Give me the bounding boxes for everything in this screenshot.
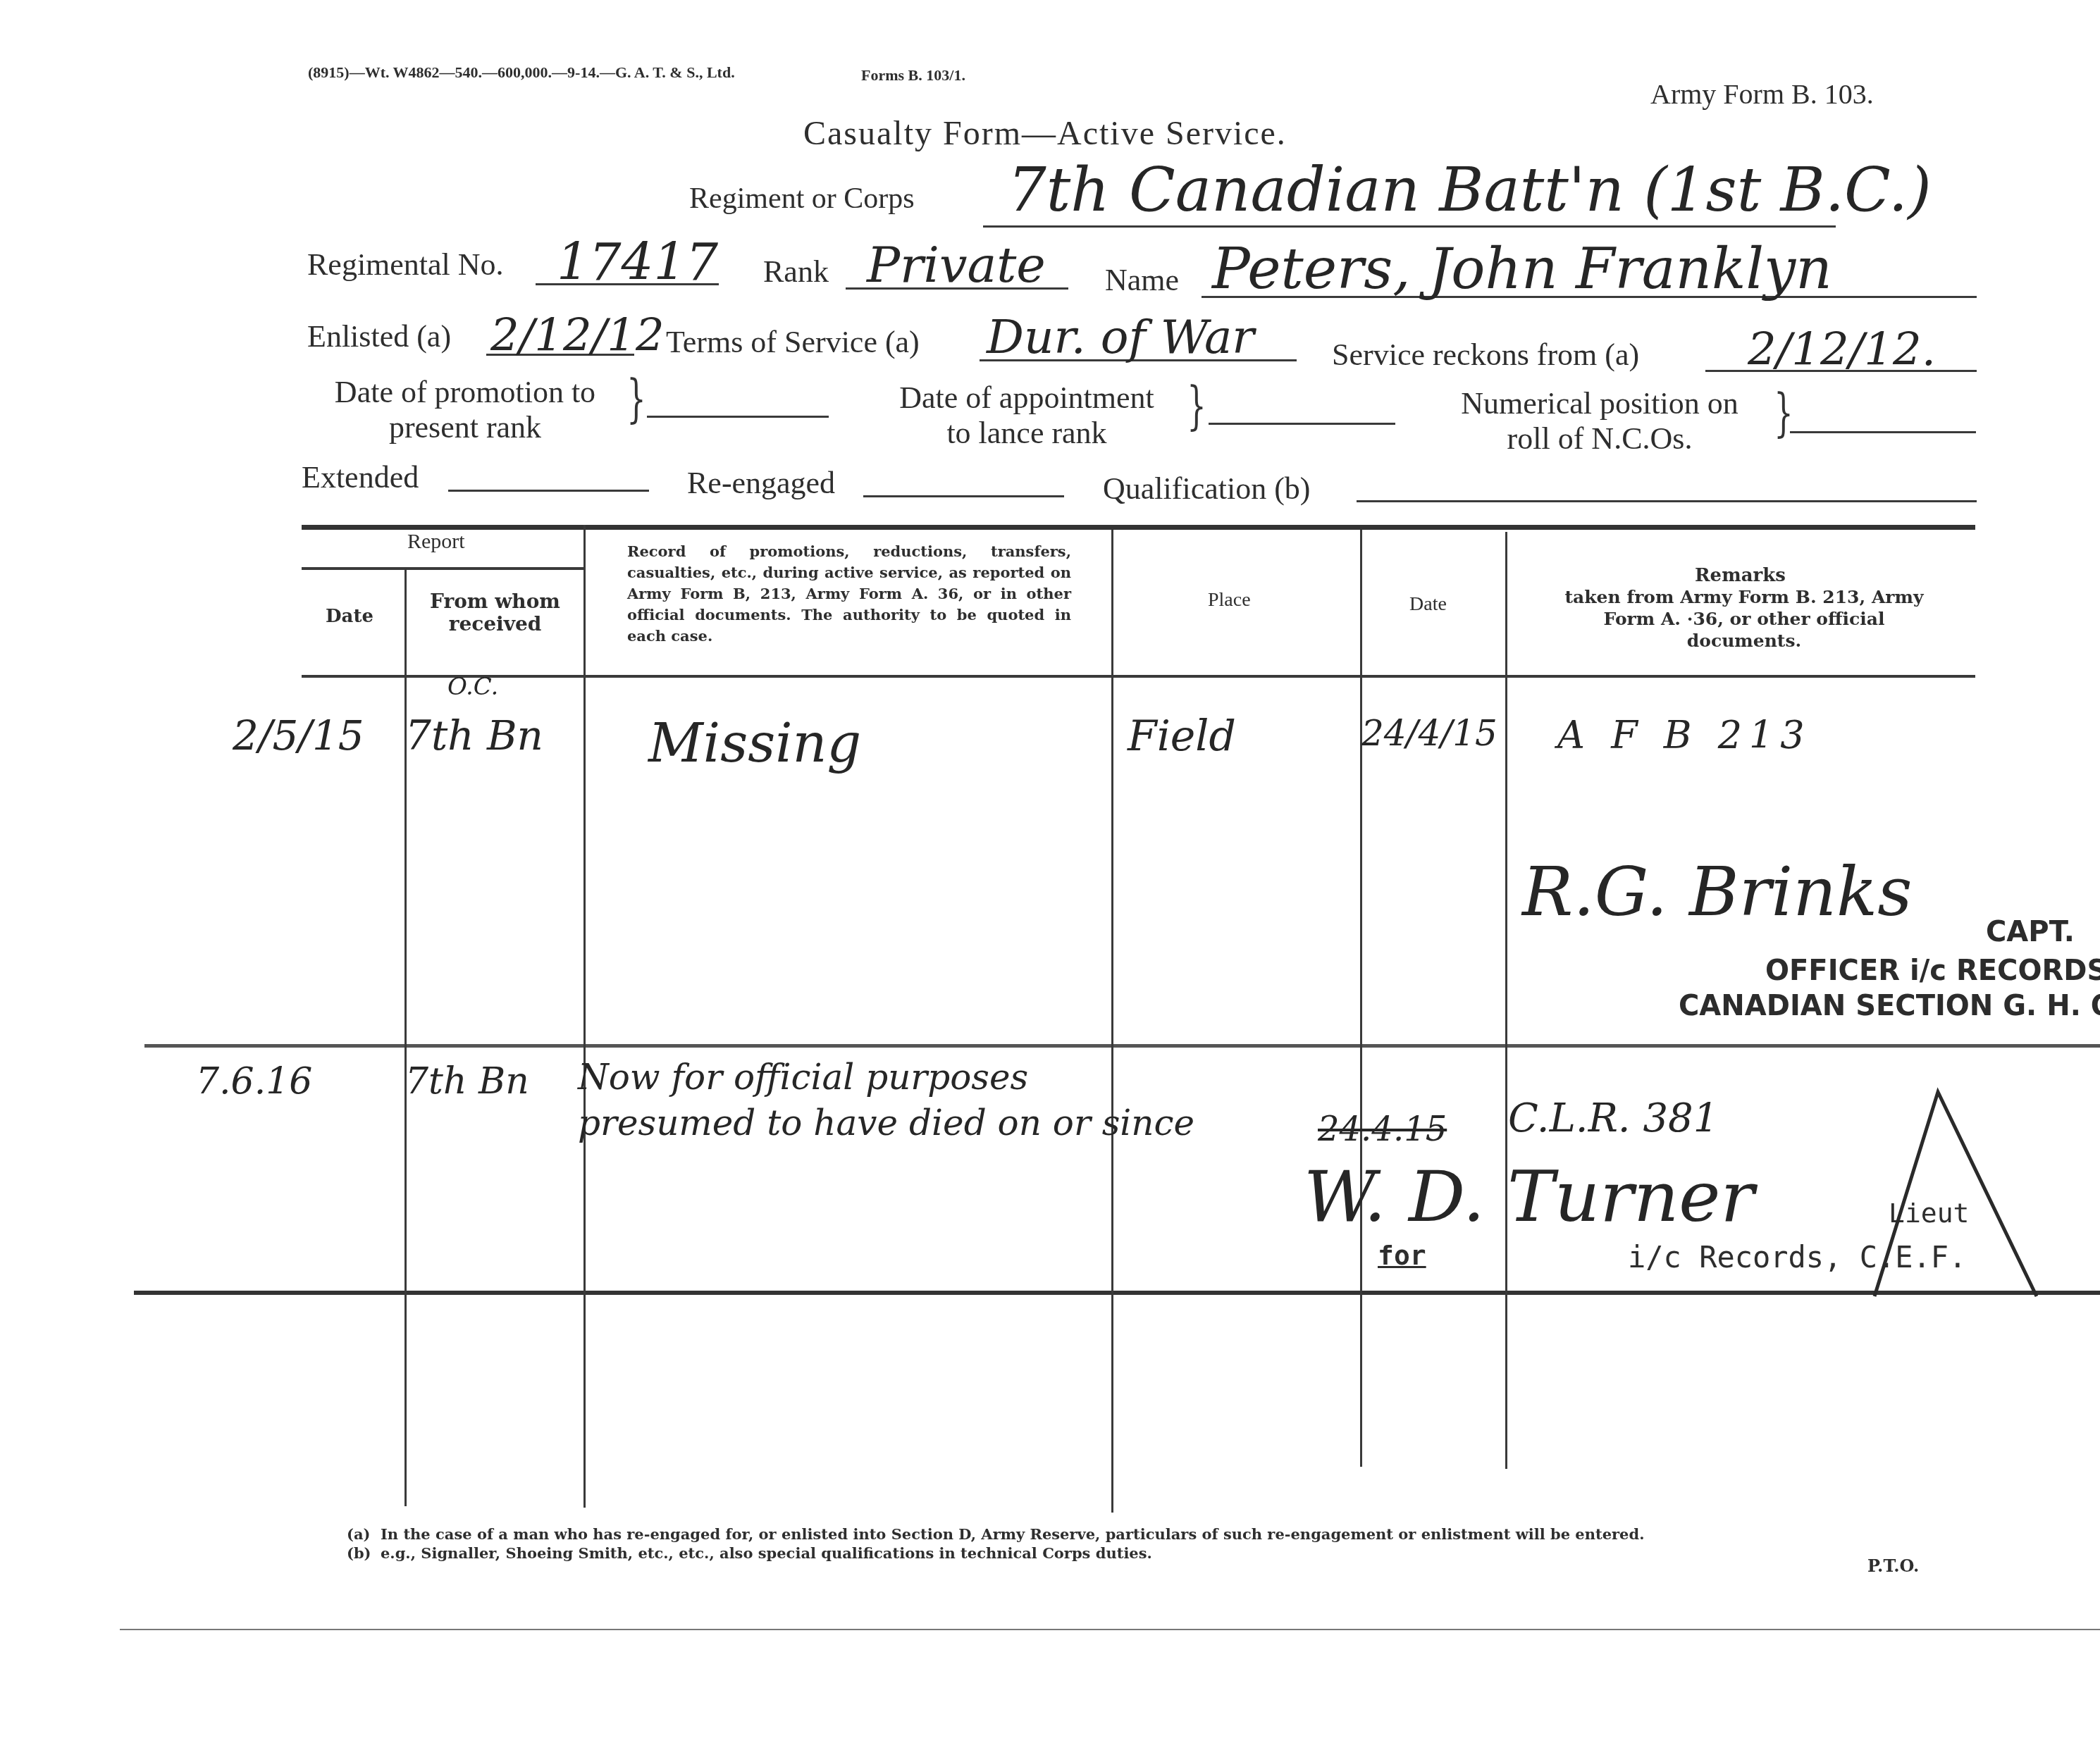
army-form-number: Army Form B. 103. [1650,77,1874,111]
from-whom-header: From whom received [416,590,574,635]
reengaged-underline[interactable] [863,495,1064,497]
date2-header: Date [1409,593,1447,616]
col-divider-record [1111,530,1113,1513]
remarks-title: Remarks [1695,565,1786,586]
row2-record-line1[interactable]: Now for official purposes [578,1057,1028,1098]
row2-stamp-for: for [1378,1240,1426,1271]
row2-signature: W. D. Turner [1304,1155,1754,1238]
row1-date[interactable]: 2/5/15 [233,712,364,759]
terms-label: Terms of Service (a) [666,324,920,360]
enlisted-value[interactable]: 2/12/12 [490,310,665,362]
print-code: (8915)—Wt. W4862—540.—600,000.—9-14.—G. … [308,63,735,82]
footnote-a-text: In the case of a man who has re-engaged … [381,1525,1644,1543]
name-label: Name [1105,262,1179,298]
signature-flourish-icon [1860,1085,2044,1310]
row2-from-whom[interactable]: 7th Bn [405,1060,529,1103]
regiment-value[interactable]: 7th Canadian Batt'n (1st B.C.) [1008,155,1932,225]
row2-record-line2[interactable]: presumed to have died on or since [578,1103,1194,1143]
regimental-no-label: Regimental No. [307,247,504,283]
regimental-no-value[interactable]: 17417 [557,232,718,292]
col-divider-date2 [1505,532,1507,1469]
table-top-border [302,525,1975,530]
row2-date[interactable]: 7.6.16 [196,1060,312,1103]
row-divider-1 [144,1044,2100,1048]
qualification-underline[interactable] [1357,500,1977,502]
page-bottom-edge [120,1629,2100,1630]
ncos-label: Numerical position on roll of N.C.Os. [1423,386,1776,457]
row1-from-whom-top: O.C. [447,673,498,701]
promotion-label: Date of promotion to present rank [299,375,631,445]
regiment-underline [983,225,1836,228]
date-header: Date [326,606,373,627]
appointment-label: Date of appointment to lance rank [861,380,1192,451]
promotion-underline[interactable] [647,416,829,418]
row2-authority[interactable]: C.L.R. 381 [1508,1095,1718,1141]
enlisted-label: Enlisted (a) [307,318,451,354]
footnote-a-marker: (a) [347,1525,370,1543]
footnote-b-marker: (b) [347,1544,371,1562]
ncos-label-line1: Numerical position on [1423,386,1776,421]
report-header: Report [407,530,465,554]
reckons-label: Service reckons from (a) [1332,337,1639,373]
extended-label: Extended [302,459,419,495]
rank-value[interactable]: Private [867,236,1046,294]
remarks-header: taken from Army Form B. 213, Army Form A… [1557,586,1931,652]
form-title: Casualty Form—Active Service. [803,114,1287,153]
terms-value[interactable]: Dur. of War [987,310,1254,364]
row-divider-2 [134,1291,2100,1295]
row2-date-ref[interactable]: 24.4.15 [1318,1110,1447,1149]
ncos-label-line2: roll of N.C.Os. [1423,421,1776,457]
col-divider-place [1360,530,1362,1467]
row1-record[interactable]: Missing [648,712,861,774]
row1-stamp-section: CANADIAN SECTION G. H. Q. [1679,990,2100,1022]
name-value[interactable]: Peters, John Franklyn [1212,236,1832,302]
place-header: Place [1208,589,1251,612]
col-divider-from [583,525,586,1508]
brace-icon: } [1187,380,1206,431]
footnote-b-text: e.g., Signaller, Shoeing Smith, etc., et… [381,1544,1152,1562]
forms-reference: Forms B. 103/1. [861,66,965,85]
row1-from-whom[interactable]: 7th Bn [405,712,543,759]
reengaged-label: Re-engaged [687,465,835,501]
row1-date2[interactable]: 24/4/15 [1361,713,1497,754]
promotion-label-line2: present rank [299,410,631,445]
promotion-label-line1: Date of promotion to [299,375,631,410]
row1-place[interactable]: Field [1128,712,1236,761]
row1-stamp-rank: CAPT. [1986,916,2075,948]
report-subheader-line [302,567,583,570]
appointment-label-line2: to lance rank [861,416,1192,451]
ncos-underline[interactable] [1790,431,1976,433]
appointment-label-line1: Date of appointment [861,380,1192,416]
row1-remarks[interactable]: A F B 213 [1557,713,1812,757]
col-divider-date [404,569,407,1506]
appointment-underline[interactable] [1209,423,1395,425]
brace-icon: } [626,373,646,424]
regiment-label: Regiment or Corps [689,182,915,216]
reckons-value[interactable]: 2/12/12. [1748,324,1936,376]
rank-label: Rank [763,254,829,290]
qualification-label: Qualification (b) [1103,471,1310,507]
row1-stamp-office: OFFICER i/c RECORDS [1765,955,2100,987]
record-header: Record of promotions, reductions, transf… [627,541,1071,647]
extended-underline[interactable] [448,490,649,492]
table-header-bottom [302,675,1975,678]
pto-label: P.T.O. [1867,1556,1919,1576]
row1-signature: R.G. Brinks [1522,852,1913,931]
